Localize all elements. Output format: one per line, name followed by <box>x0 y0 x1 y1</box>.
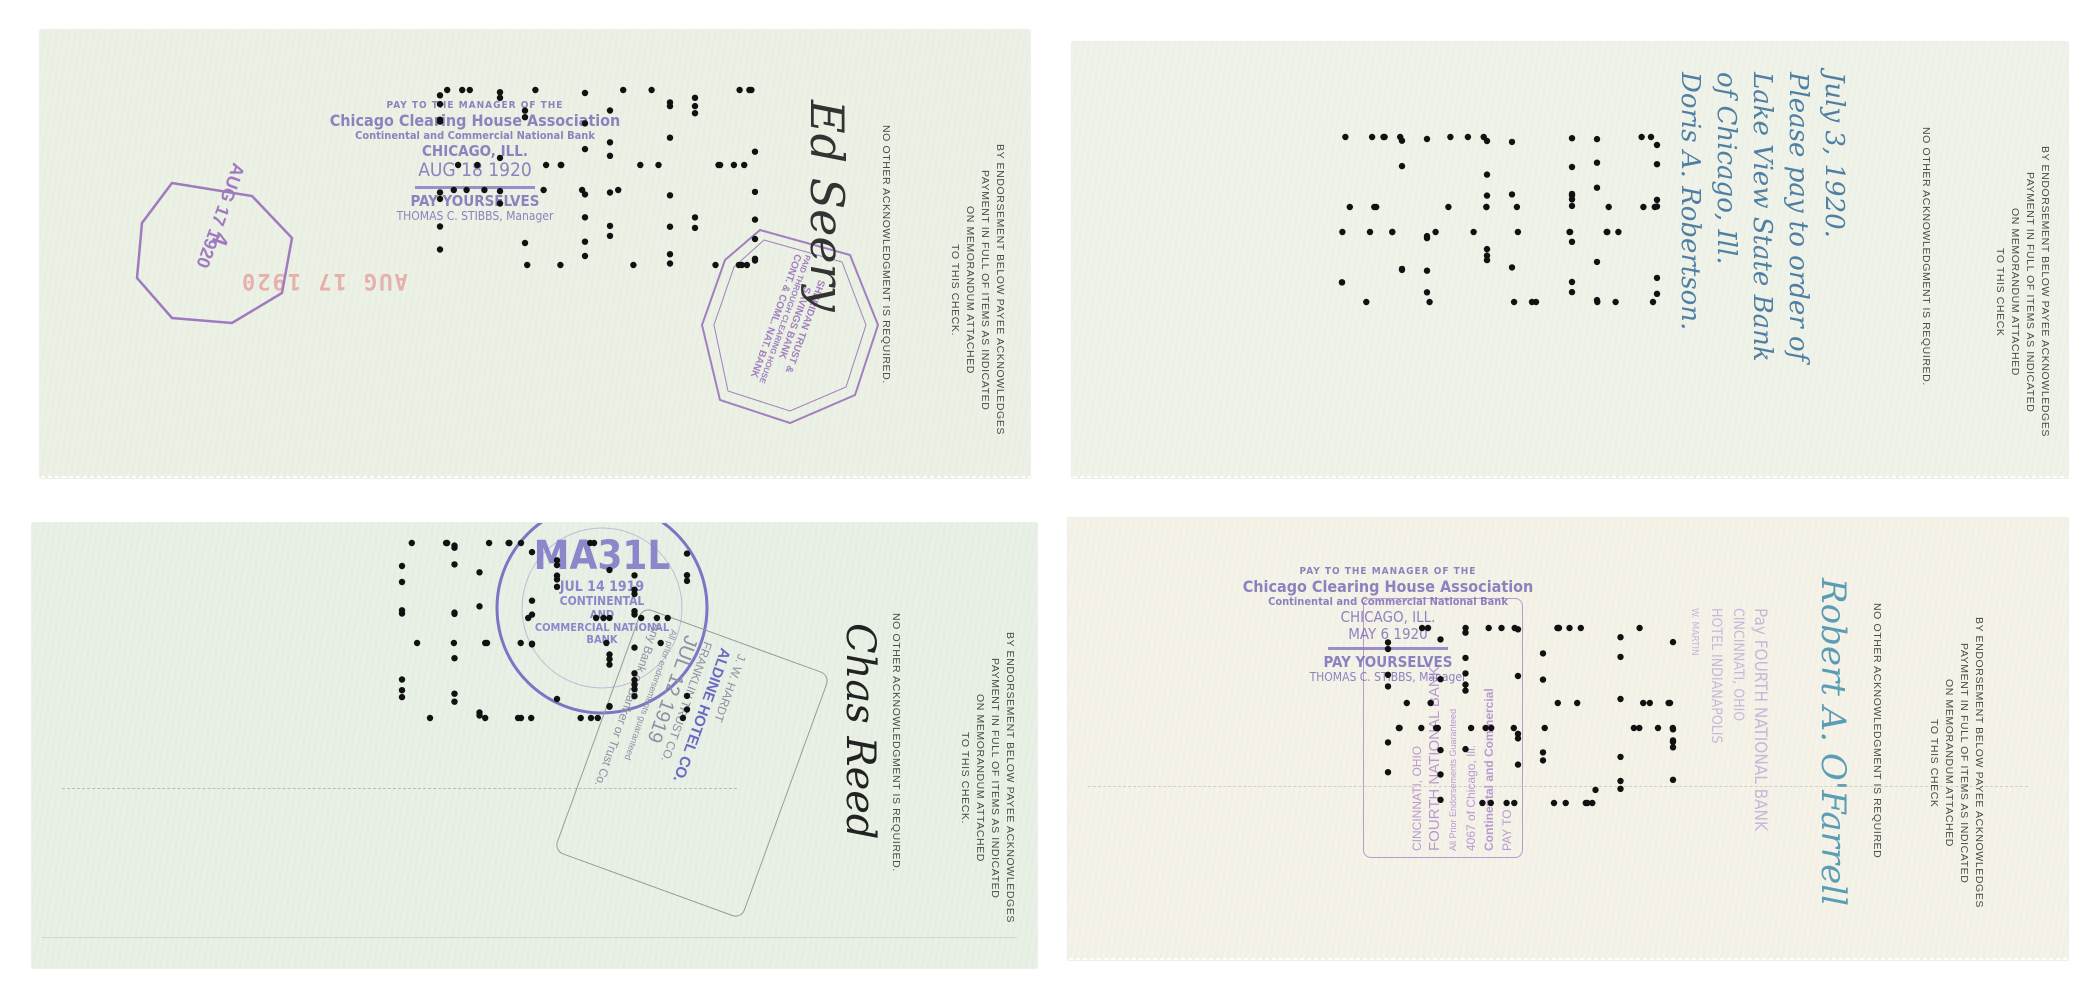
paid-perforation <box>392 533 722 743</box>
endorsement-required: NO OTHER ACKNOWLEDGMENT IS REQUIRED <box>1871 603 1883 858</box>
paid-perforation <box>1378 618 1708 828</box>
endorsement-required: NO OTHER ACKNOWLEDGMENT IS REQUIRED. <box>890 613 902 872</box>
payee-signature: Robert A. O'Farrell <box>1813 578 1853 906</box>
border-line <box>42 937 1017 938</box>
endorsement-text: BY ENDORSEMENT BELOW PAYEE ACKNOWLEDGES … <box>957 588 1017 968</box>
endorsement-text: BY ENDORSEMENT BELOW PAYEE ACKNOWLEDGES … <box>947 100 1007 478</box>
endorsement-required: NO OTHER ACKNOWLEDGMENT IS REQUIRED. <box>880 125 892 384</box>
endorsement-text: BY ENDORSEMENT BELOW PAYEE ACKNOWLEDGES … <box>1926 573 1986 953</box>
endorsement-text: BY ENDORSEMENT BELOW PAYEE ACKNOWLEDGES … <box>1992 102 2052 478</box>
perforated-edge <box>40 474 1030 478</box>
handwritten-endorsement: July 3, 1920. Please pay to order of Lak… <box>1672 72 1852 462</box>
perforated-edge <box>1072 474 2068 478</box>
paid-perforation <box>430 80 790 290</box>
check-2: BY ENDORSEMENT BELOW PAYEE ACKNOWLEDGES … <box>1072 42 2068 478</box>
check-4: BY ENDORSEMENT BELOW PAYEE ACKNOWLEDGES … <box>1068 518 2068 960</box>
payee-signature: Chas Reed <box>837 623 883 840</box>
payee-signature: Ed Seery <box>800 100 854 312</box>
octagon-stamp-text: 4 AUG 17 1920 <box>150 205 290 252</box>
check-3: BY ENDORSEMENT BELOW PAYEE ACKNOWLEDGES … <box>32 523 1037 968</box>
paid-perforation <box>1332 127 1692 327</box>
endorsement-required: NO OTHER ACKNOWLEDGMENT IS REQUIRED. <box>1920 127 1932 386</box>
check-1: BY ENDORSEMENT BELOW PAYEE ACKNOWLEDGES … <box>40 30 1030 478</box>
perforated-edge <box>1068 956 2068 960</box>
